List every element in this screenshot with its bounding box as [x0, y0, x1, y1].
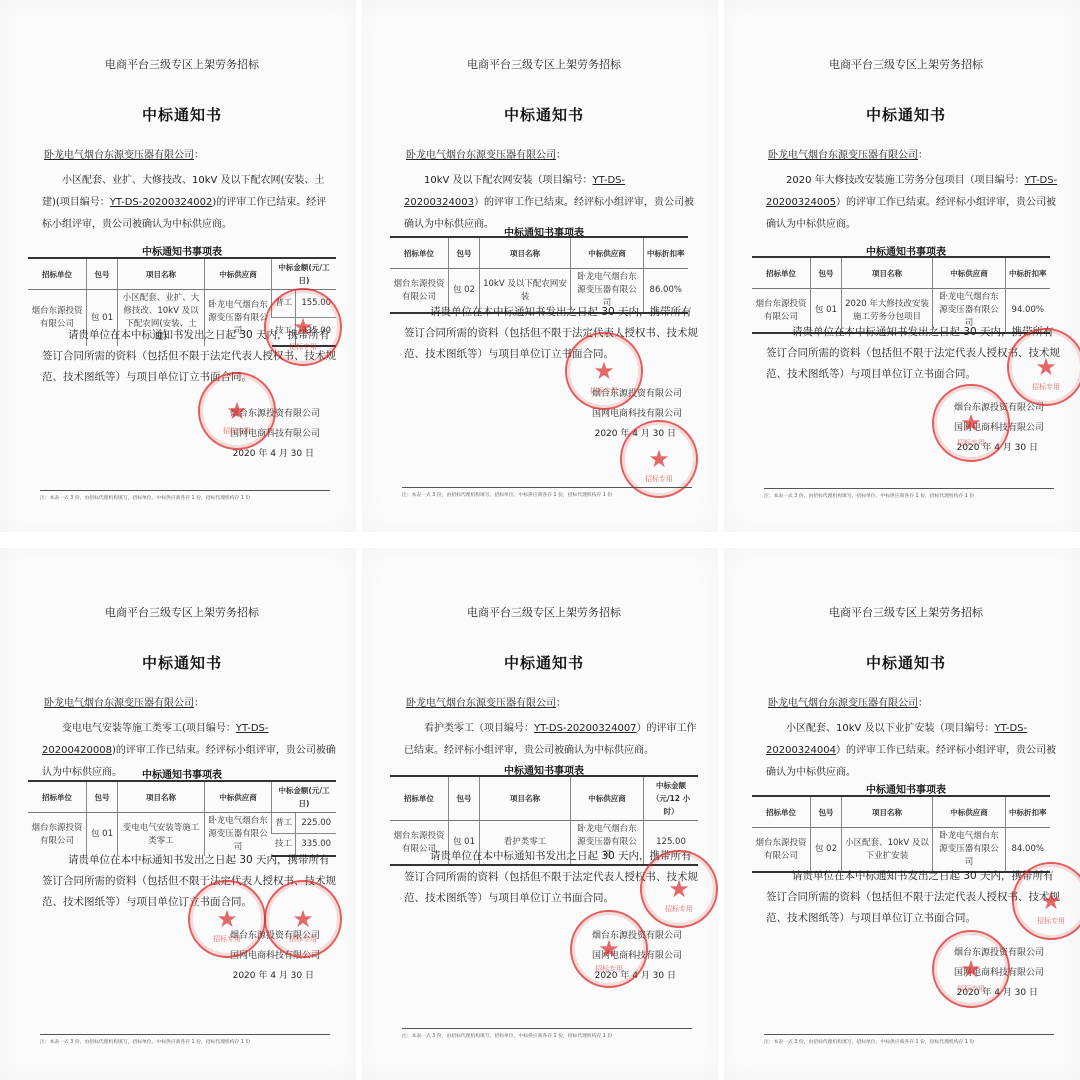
- table-header-cell: 中标折扣率: [644, 237, 688, 269]
- table-header-row: 招标单位包号项目名称中标供应商中标金额(元/工日): [28, 781, 336, 813]
- table-header-cell: 中标供应商: [571, 237, 644, 269]
- table-row: 烟台东源投资有限公司包 01变电电气安装等施工类零工卧龙电气烟台东源变压器有限公…: [28, 813, 336, 834]
- star-icon: ★: [292, 907, 314, 931]
- worker-type-cell: 普工: [272, 813, 296, 834]
- issue-date: 2020 年 4 月 30 日: [230, 966, 320, 986]
- intro-paragraph: 2020 年大修技改安装施工劳务分包项目（项目编号：YT-DS-20200324…: [766, 170, 1060, 236]
- company-seal-icon: ★招标专用: [188, 880, 266, 958]
- table-header-cell: 中标金额（元/12 小时）: [644, 776, 699, 821]
- table-header-cell: 包号: [87, 258, 118, 290]
- table-header-cell: 项目名称: [118, 258, 205, 290]
- star-icon: ★: [226, 399, 248, 423]
- notice-grid: 电商平台三级专区上架劳务招标 中标通知书 卧龙电气烟台东源变压器有限公司： 小区…: [0, 0, 1080, 1080]
- project-code: YT-DS-20200324002: [110, 197, 213, 208]
- footnote: 注：本表一式 3 份，由招标代理机构填写，招标单位、中标供应商各存 1 份，招标…: [40, 490, 330, 501]
- table-header-cell: 包号: [87, 781, 118, 813]
- table-header-cell: 包号: [811, 257, 842, 289]
- award-notice-document: 电商平台三级专区上架劳务招标 中标通知书 卧龙电气烟台东源变压器有限公司： 变电…: [28, 548, 336, 1080]
- award-items-table: 招标单位包号项目名称中标供应商中标金额(元/工日)烟台东源投资有限公司包 01变…: [28, 780, 336, 857]
- table-header-cell: 中标金额(元/工日): [272, 258, 337, 290]
- notice-title: 中标通知书: [752, 104, 1060, 125]
- star-icon: ★: [216, 907, 238, 931]
- table-header-cell: 中标折扣率: [1006, 796, 1050, 828]
- table-header-row: 招标单位包号项目名称中标供应商中标折扣率: [390, 237, 688, 269]
- table-header-cell: 中标供应商: [933, 257, 1006, 289]
- table-title: 中标通知书事项表: [28, 243, 336, 258]
- addressee: 卧龙电气烟台东源变压器有限公司：: [406, 146, 566, 161]
- intro-paragraph: 小区配套、10kV 及以下业扩安装（项目编号：YT-DS-20200324004…: [766, 718, 1060, 784]
- addressee: 卧龙电气烟台东源变压器有限公司：: [406, 694, 566, 709]
- notice-title: 中标通知书: [28, 104, 336, 125]
- company-seal-icon: ★招标专用: [570, 910, 648, 988]
- star-icon: ★: [960, 411, 982, 435]
- award-notice-panel: 电商平台三级专区上架劳务招标 中标通知书 卧龙电气烟台东源变压器有限公司： 小区…: [724, 548, 1080, 1080]
- table-header-cell: 招标单位: [752, 257, 811, 289]
- star-icon: ★: [1040, 889, 1062, 913]
- table-header-cell: 中标供应商: [571, 776, 644, 821]
- table-title: 中标通知书事项表: [28, 766, 336, 781]
- table-header-cell: 项目名称: [118, 781, 205, 813]
- company-seal-icon: ★招标专用: [1012, 862, 1080, 940]
- table-header-row: 招标单位包号项目名称中标供应商中标金额（元/12 小时）: [390, 776, 698, 821]
- table-title: 中标通知书事项表: [752, 781, 1060, 796]
- star-icon: ★: [598, 937, 620, 961]
- footnote: 注：本表一式 3 份，由招标代理机构填写，招标单位、中标供应商各存 1 份，招标…: [764, 1034, 1054, 1045]
- footnote: 注：本表一式 3 份，由招标代理机构填写，招标单位、中标供应商各存 1 份，招标…: [40, 1034, 330, 1045]
- footnote: 注：本表一式 3 份，由招标代理机构填写，招标单位、中标供应商各存 1 份，招标…: [764, 488, 1054, 499]
- company-seal-icon: ★招标专用: [565, 332, 643, 410]
- platform-heading: 电商平台三级专区上架劳务招标: [390, 56, 698, 72]
- table-header-cell: 包号: [449, 776, 480, 821]
- table-header-cell: 中标供应商: [933, 796, 1006, 828]
- award-items-table: 招标单位包号项目名称中标供应商中标折扣率烟台东源投资有限公司包 02小区配套、1…: [752, 795, 1050, 873]
- notice-title: 中标通知书: [28, 652, 336, 673]
- table-header-cell: 中标供应商: [205, 258, 272, 290]
- table-header-row: 招标单位包号项目名称中标供应商中标折扣率: [752, 796, 1050, 828]
- star-icon: ★: [960, 957, 982, 981]
- platform-heading: 电商平台三级专区上架劳务招标: [752, 56, 1060, 72]
- company-seal-icon: ★招标专用: [932, 930, 1010, 1008]
- award-notice-document: 电商平台三级专区上架劳务招标 中标通知书 卧龙电气烟台东源变压器有限公司： 小区…: [752, 548, 1060, 1080]
- award-notice-document: 电商平台三级专区上架劳务招标 中标通知书 卧龙电气烟台东源变压器有限公司： 20…: [752, 0, 1060, 532]
- table-header-cell: 招标单位: [390, 237, 449, 269]
- company-seal-icon: ★招标专用: [1007, 328, 1080, 406]
- company-seal-icon: ★招标专用: [640, 850, 718, 928]
- table-header-cell: 招标单位: [390, 776, 449, 821]
- company-seal-icon: ★招标专用: [264, 880, 342, 958]
- award-notice-panel: 电商平台三级专区上架劳务招标 中标通知书 卧龙电气烟台东源变压器有限公司： 看护…: [362, 548, 718, 1080]
- award-notice-document: 电商平台三级专区上架劳务招标 中标通知书 卧龙电气烟台东源变压器有限公司： 看护…: [390, 548, 698, 1080]
- project-code: YT-DS-20200324007: [534, 723, 637, 734]
- star-icon: ★: [648, 447, 670, 471]
- table-header-cell: 包号: [449, 237, 480, 269]
- table-header-cell: 招标单位: [28, 781, 87, 813]
- award-notice-panel: 电商平台三级专区上架劳务招标 中标通知书 卧龙电气烟台东源变压器有限公司： 20…: [724, 0, 1080, 532]
- company-seal-icon: ★招标专用: [932, 384, 1010, 462]
- platform-heading: 电商平台三级专区上架劳务招标: [390, 604, 698, 620]
- platform-heading: 电商平台三级专区上架劳务招标: [752, 604, 1060, 620]
- addressee: 卧龙电气烟台东源变压器有限公司：: [44, 146, 204, 161]
- notice-title: 中标通知书: [752, 652, 1060, 673]
- company-seal-icon: ★招标专用: [264, 288, 342, 366]
- star-icon: ★: [1035, 355, 1057, 379]
- addressee: 卧龙电气烟台东源变压器有限公司：: [768, 694, 928, 709]
- price-cell: 225.00: [296, 813, 336, 834]
- table-header-cell: 中标供应商: [205, 781, 272, 813]
- notice-title: 中标通知书: [390, 652, 698, 673]
- table-header-cell: 招标单位: [28, 258, 87, 290]
- platform-heading: 电商平台三级专区上架劳务招标: [28, 604, 336, 620]
- company-seal-icon: ★招标专用: [198, 372, 276, 450]
- intro-paragraph: 小区配套、业扩、大修技改、10kV 及以下配农网(安装、土建)(项目编号：YT-…: [42, 170, 336, 236]
- award-notice-panel: 电商平台三级专区上架劳务招标 中标通知书 卧龙电气烟台东源变压器有限公司： 小区…: [0, 0, 356, 532]
- star-icon: ★: [593, 359, 615, 383]
- footnote: 注：本表一式 3 份，由招标代理机构填写，招标单位、中标供应商各存 1 份，招标…: [402, 1028, 692, 1039]
- intro-paragraph: 看护类零工（项目编号：YT-DS-20200324007）的评审工作已结束。经评…: [404, 718, 698, 762]
- footnote: 注：本表一式 3 份，由招标代理机构填写，招标单位、中标供应商各存 1 份，招标…: [402, 487, 692, 498]
- table-header-row: 招标单位包号项目名称中标供应商中标折扣率: [752, 257, 1050, 289]
- table-header-cell: 中标金额(元/工日): [272, 781, 337, 813]
- award-notice-document: 电商平台三级专区上架劳务招标 中标通知书 卧龙电气烟台东源变压器有限公司： 小区…: [28, 0, 336, 532]
- award-notice-panel: 电商平台三级专区上架劳务招标 中标通知书 卧龙电气烟台东源变压器有限公司： 10…: [362, 0, 718, 532]
- star-icon: ★: [292, 315, 314, 339]
- table-header-cell: 项目名称: [480, 776, 571, 821]
- table-header-cell: 招标单位: [752, 796, 811, 828]
- addressee: 卧龙电气烟台东源变压器有限公司：: [44, 694, 204, 709]
- contract-request-paragraph: 请贵单位在本中标通知书发出之日起 30 天内，携带所有签订合同所需的资料（包括但…: [404, 302, 698, 365]
- table-header-cell: 项目名称: [842, 796, 933, 828]
- table-header-cell: 中标折扣率: [1006, 257, 1050, 289]
- addressee: 卧龙电气烟台东源变压器有限公司：: [768, 146, 928, 161]
- table-header-cell: 包号: [811, 796, 842, 828]
- award-notice-panel: 电商平台三级专区上架劳务招标 中标通知书 卧龙电气烟台东源变压器有限公司： 变电…: [0, 548, 356, 1080]
- award-notice-document: 电商平台三级专区上架劳务招标 中标通知书 卧龙电气烟台东源变压器有限公司： 10…: [390, 0, 698, 532]
- table-header-cell: 项目名称: [842, 257, 933, 289]
- platform-heading: 电商平台三级专区上架劳务招标: [28, 56, 336, 72]
- star-icon: ★: [668, 877, 690, 901]
- table-header-row: 招标单位包号项目名称中标供应商中标金额(元/工日): [28, 258, 336, 290]
- notice-title: 中标通知书: [390, 104, 698, 125]
- table-header-cell: 项目名称: [480, 237, 571, 269]
